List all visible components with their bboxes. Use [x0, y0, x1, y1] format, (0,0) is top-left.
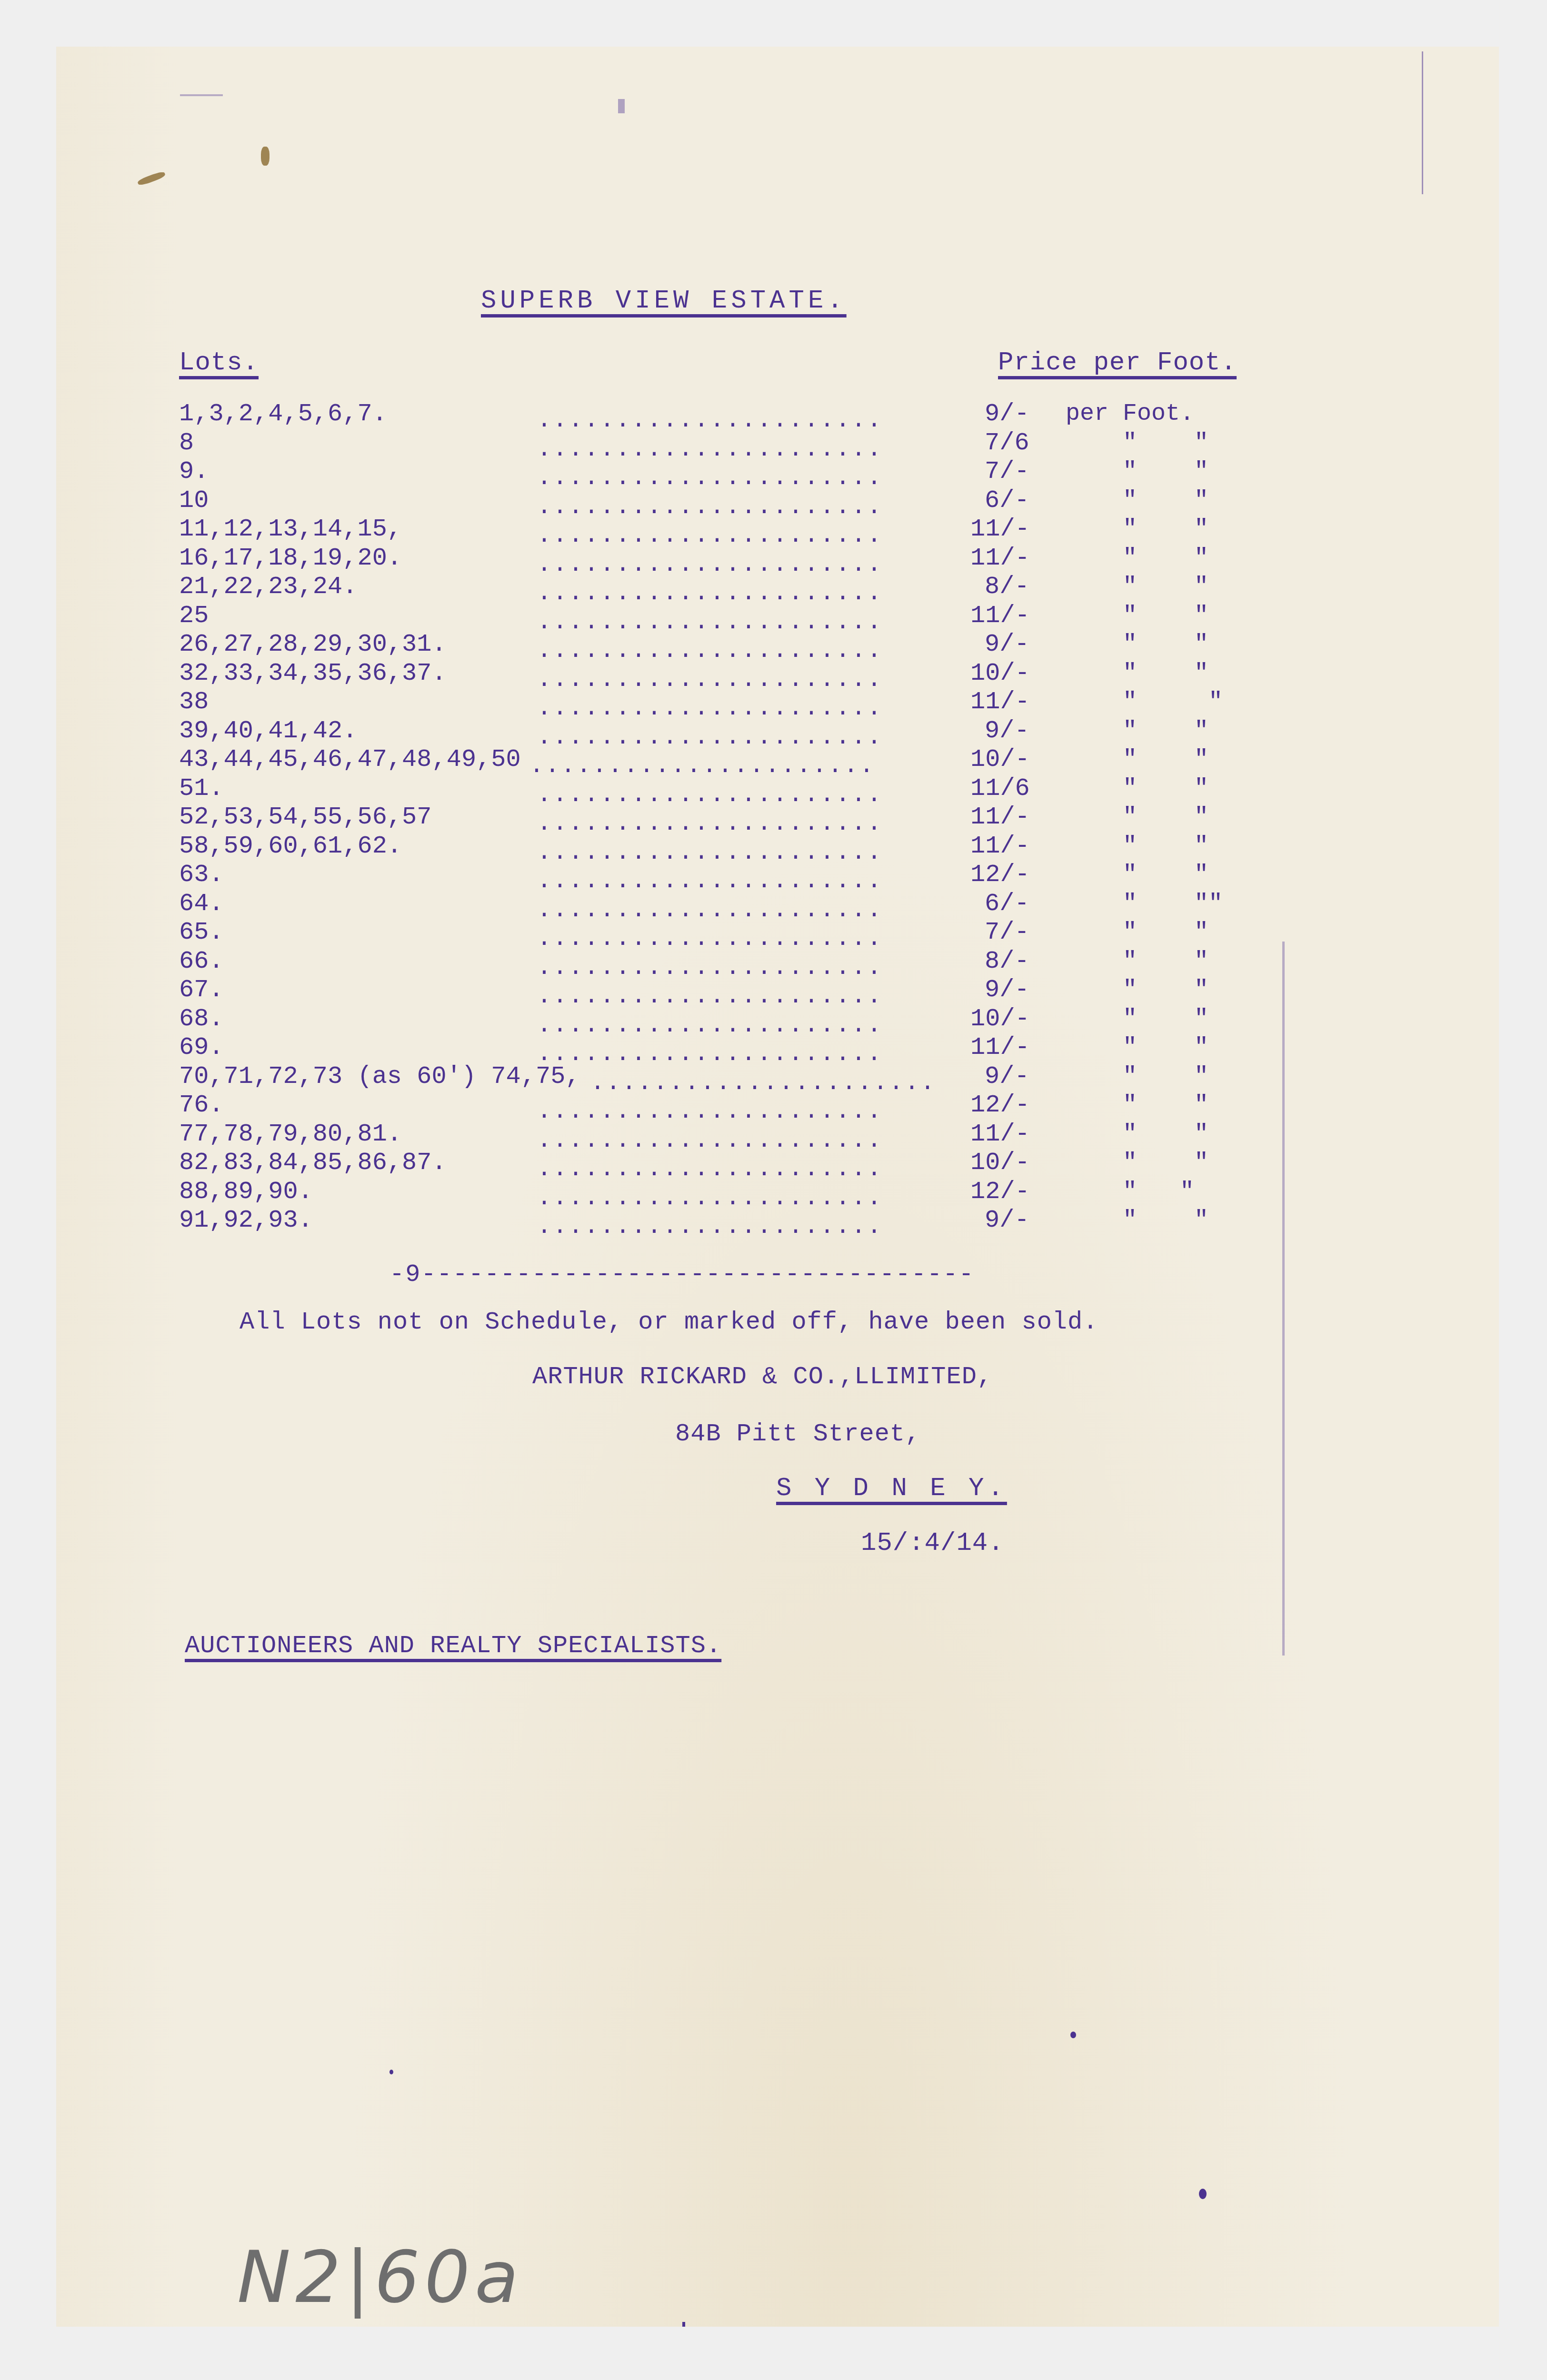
price-unit: " ": [1123, 1091, 1208, 1120]
lot-numbers: 69.: [179, 1033, 224, 1062]
lot-numbers: 82,83,84,85,86,87.: [179, 1149, 447, 1177]
price-value: 10/-: [970, 1005, 1030, 1033]
price-unit: " ": [1123, 774, 1208, 803]
price-value: 12/-: [970, 1091, 1030, 1120]
table-row: 8......................7/6" ": [56, 429, 1499, 457]
price-unit: " ": [1123, 717, 1208, 745]
price-value: 9/-: [985, 400, 1029, 428]
lot-numbers: 16,17,18,19,20.: [179, 544, 402, 573]
table-row: 25......................11/-" ": [56, 602, 1499, 630]
document-title: SUPERB VIEW ESTATE.: [481, 287, 847, 316]
price-unit: " ": [1123, 947, 1208, 976]
document-page: SUPERB VIEW ESTATE. Lots. Price per Foot…: [56, 47, 1499, 2327]
price-column-header: Price per Foot.: [998, 349, 1237, 377]
table-row: 82,83,84,85,86,87.......................…: [56, 1149, 1499, 1177]
price-unit: " ": [1123, 745, 1208, 774]
lot-numbers: 63.: [179, 861, 224, 889]
price-value: 11/-: [970, 544, 1030, 573]
price-value: 7/-: [985, 918, 1029, 947]
lot-numbers: 66.: [179, 947, 224, 976]
price-value: 6/-: [985, 890, 1029, 918]
ink-dot: [1070, 2032, 1076, 2038]
separator-line: -9-----------------------------------: [389, 1260, 975, 1289]
price-unit: " ": [1123, 659, 1208, 688]
price-value: 9/-: [985, 976, 1029, 1004]
lot-numbers: 39,40,41,42.: [179, 717, 357, 745]
lot-numbers: 9.: [179, 457, 209, 486]
price-value: 11/-: [970, 515, 1030, 544]
lot-numbers: 77,78,79,80,81.: [179, 1120, 402, 1149]
price-unit: " ": [1123, 918, 1208, 947]
company-name: ARTHUR RICKARD & CO.,LLIMITED,: [532, 1363, 992, 1391]
price-unit: " ": [1123, 688, 1223, 716]
ink-dot: [682, 2322, 685, 2327]
price-unit: " ": [1123, 457, 1208, 486]
lot-numbers: 91,92,93.: [179, 1206, 313, 1235]
lots-column-header: Lots.: [179, 349, 259, 377]
price-unit: " ": [1123, 630, 1208, 659]
price-unit: " ": [1123, 1120, 1208, 1149]
table-row: 10......................6/-" ": [56, 486, 1499, 515]
table-row: 65.......................7/-" ": [56, 918, 1499, 947]
price-unit: " ": [1123, 1178, 1194, 1206]
price-unit: " ": [1123, 976, 1208, 1004]
lot-numbers: 43,44,45,46,47,48,49,50: [179, 745, 521, 774]
price-value: 12/-: [970, 861, 1030, 889]
price-unit: " ": [1123, 544, 1208, 573]
table-row: 69.......................11/-" ": [56, 1033, 1499, 1062]
lot-numbers: 51.: [179, 774, 224, 803]
price-unit: " ": [1123, 861, 1208, 889]
price-value: 6/-: [985, 486, 1029, 515]
price-value: 11/6: [970, 774, 1030, 803]
price-value: 11/-: [970, 1033, 1030, 1062]
price-unit: " ": [1123, 803, 1208, 832]
price-unit: " ": [1123, 429, 1208, 457]
table-row: 52,53,54,55,56,57......................1…: [56, 803, 1499, 832]
lot-numbers: 65.: [179, 918, 224, 947]
price-value: 10/-: [970, 745, 1030, 774]
table-row: 63.......................12/-" ": [56, 861, 1499, 889]
table-row: 11,12,13,14,15,......................11/…: [56, 515, 1499, 544]
table-row: 64.......................6/-" "": [56, 890, 1499, 918]
lot-numbers: 21,22,23,24.: [179, 573, 357, 601]
table-row: 16,17,18,19,20.......................11/…: [56, 544, 1499, 573]
table-row: 70,71,72,73 (as 60') 74,75,.............…: [56, 1062, 1499, 1091]
table-row: 1,3,2,4,5,6,7.......................9/-p…: [56, 400, 1499, 428]
table-row: 67.......................9/-" ": [56, 976, 1499, 1004]
lot-numbers: 10: [179, 486, 209, 515]
ink-speck: [618, 99, 625, 113]
price-unit: per Foot.: [1066, 400, 1194, 428]
price-value: 11/-: [970, 832, 1030, 861]
rust-stain: [137, 170, 166, 187]
price-unit: " ": [1123, 832, 1208, 861]
table-row: 39,40,41,42.......................9/-" ": [56, 717, 1499, 745]
price-value: 9/-: [985, 630, 1029, 659]
table-row: 38......................11/-" ": [56, 688, 1499, 716]
ink-dot: [389, 2070, 393, 2074]
price-unit: " "": [1123, 890, 1223, 918]
table-row: 51.......................11/6" ": [56, 774, 1499, 803]
footer-tagline: AUCTIONEERS AND REALTY SPECIALISTS.: [185, 1632, 721, 1660]
table-row: 58,59,60,61,62.......................11/…: [56, 832, 1499, 861]
table-row: 76.......................12/-" ": [56, 1091, 1499, 1120]
sold-note: All Lots not on Schedule, or marked off,…: [240, 1308, 1098, 1337]
table-row: 32,33,34,35,36,37.......................…: [56, 659, 1499, 688]
price-value: 8/-: [985, 947, 1029, 976]
lot-numbers: 88,89,90.: [179, 1178, 313, 1206]
lot-numbers: 38: [179, 688, 209, 716]
table-row: 9.......................7/-" ": [56, 457, 1499, 486]
price-value: 10/-: [970, 1149, 1030, 1177]
price-value: 11/-: [970, 602, 1030, 630]
lot-numbers: 11,12,13,14,15,: [179, 515, 402, 544]
margin-line: [1422, 51, 1423, 194]
lot-numbers: 8: [179, 429, 194, 457]
price-value: 12/-: [970, 1178, 1030, 1206]
lot-numbers: 32,33,34,35,36,37.: [179, 659, 447, 688]
price-value: 7/-: [985, 457, 1029, 486]
table-row: 26,27,28,29,30,31.......................…: [56, 630, 1499, 659]
ink-speck: [180, 94, 223, 96]
table-row: 68.......................10/-" ": [56, 1005, 1499, 1033]
lot-numbers: 67.: [179, 976, 224, 1004]
price-value: 10/-: [970, 659, 1030, 688]
rust-stain: [261, 147, 269, 166]
price-unit: " ": [1123, 1033, 1208, 1062]
lot-numbers: 25: [179, 602, 209, 630]
lot-numbers: 26,27,28,29,30,31.: [179, 630, 447, 659]
table-row: 66.......................8/-" ": [56, 947, 1499, 976]
document-date: 15/:4/14.: [861, 1529, 1004, 1558]
price-value: 8/-: [985, 573, 1029, 601]
price-value: 9/-: [985, 1062, 1029, 1091]
table-row: 91,92,93.......................9/-" ": [56, 1206, 1499, 1235]
lot-numbers: 64.: [179, 890, 224, 918]
price-value: 9/-: [985, 717, 1029, 745]
price-unit: " ": [1123, 573, 1208, 601]
lot-numbers: 68.: [179, 1005, 224, 1033]
price-value: 11/-: [970, 688, 1030, 716]
table-row: 21,22,23,24.......................8/-" ": [56, 573, 1499, 601]
price-unit: " ": [1123, 1206, 1208, 1235]
ink-dot: [1199, 2189, 1207, 2199]
price-unit: " ": [1123, 1005, 1208, 1033]
company-city: S Y D N E Y.: [776, 1475, 1007, 1503]
table-row: 77,78,79,80,81.......................11/…: [56, 1120, 1499, 1149]
lot-numbers: 58,59,60,61,62.: [179, 832, 402, 861]
table-row: 88,89,90.......................12/-" ": [56, 1178, 1499, 1206]
lot-numbers: 1,3,2,4,5,6,7.: [179, 400, 387, 428]
lot-numbers: 70,71,72,73 (as 60') 74,75,: [179, 1062, 580, 1091]
lot-numbers: 52,53,54,55,56,57: [179, 803, 432, 832]
price-unit: " ": [1123, 486, 1208, 515]
table-row: 43,44,45,46,47,48,49,50.................…: [56, 745, 1499, 774]
price-value: 9/-: [985, 1206, 1029, 1235]
lot-numbers: 76.: [179, 1091, 224, 1120]
company-address: 84B Pitt Street,: [675, 1420, 920, 1448]
price-value: 7/6: [985, 429, 1029, 457]
dot-leader: ......................: [537, 1213, 883, 1241]
price-value: 11/-: [970, 1120, 1030, 1149]
price-unit: " ": [1123, 1062, 1208, 1091]
price-unit: " ": [1123, 1149, 1208, 1177]
pencil-annotation: N2|60a: [237, 2236, 523, 2319]
price-value: 11/-: [970, 803, 1030, 832]
price-unit: " ": [1123, 602, 1208, 630]
price-unit: " ": [1123, 515, 1208, 544]
